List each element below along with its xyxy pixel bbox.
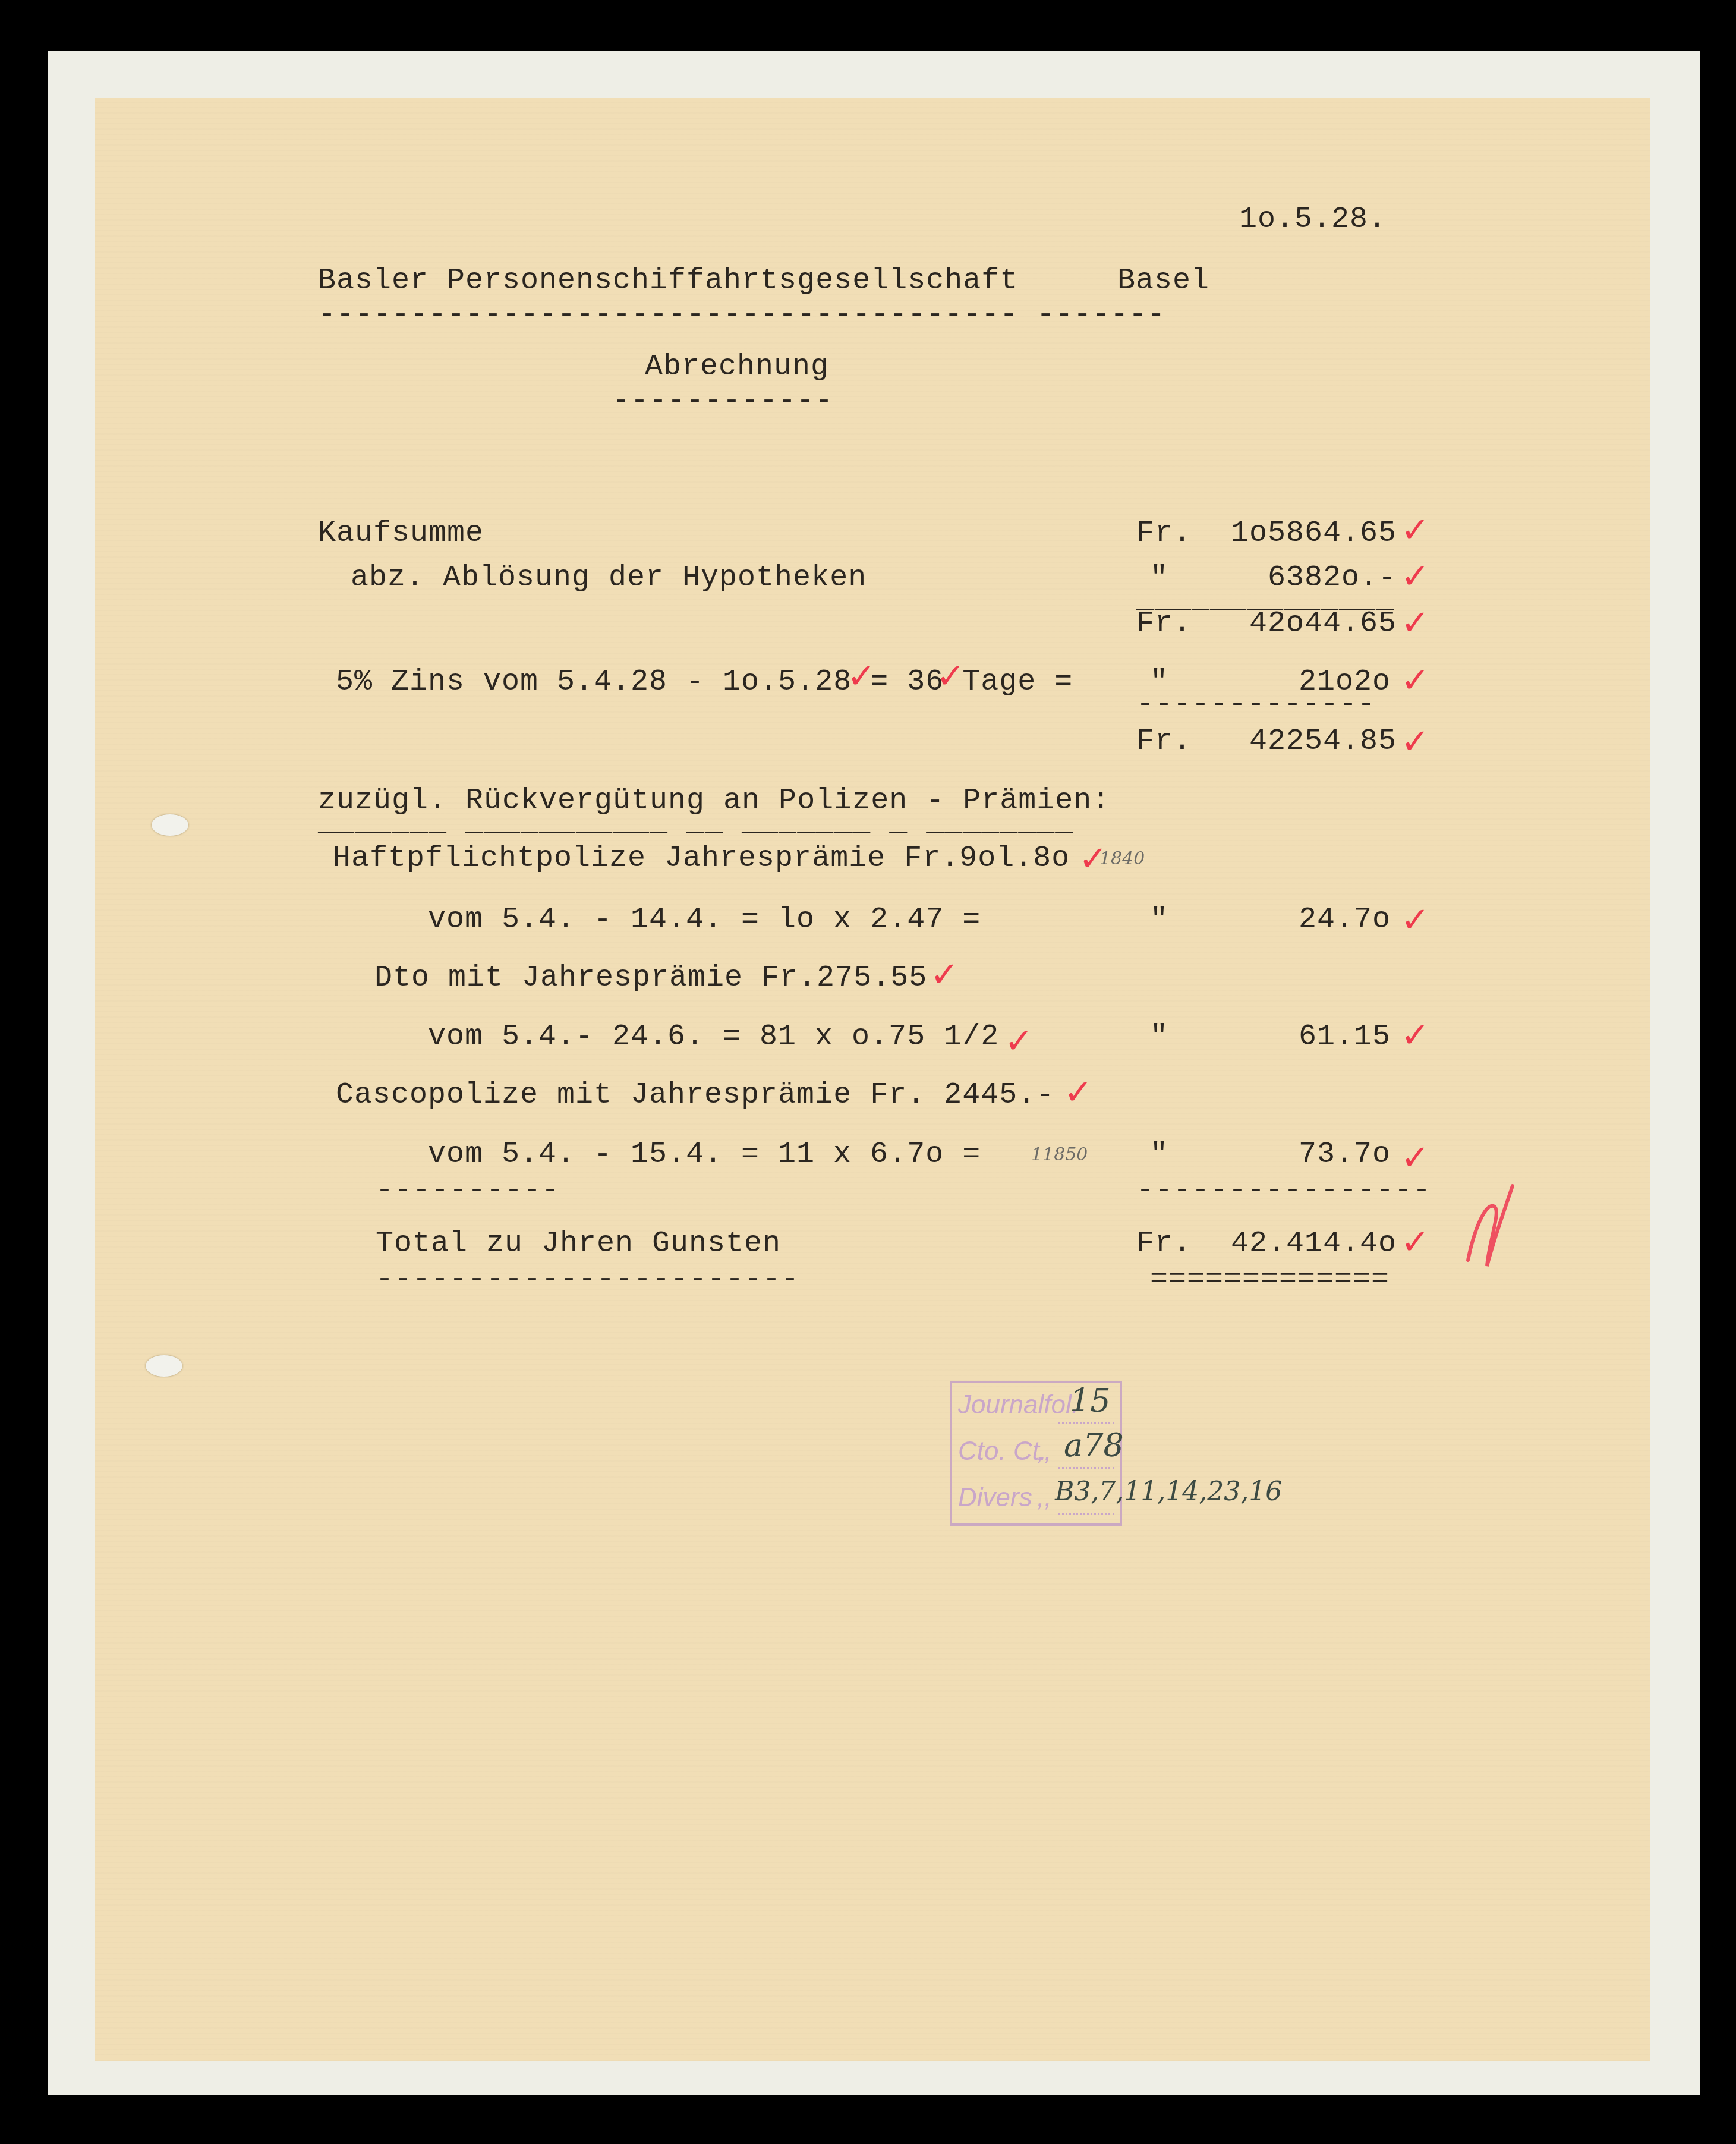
row-amount-after-interest: 42254.85 [1218,727,1397,757]
total-label: Total zu Jhren Gunsten [376,1229,781,1259]
row-currency: Fr. [1136,519,1192,549]
check-mark-icon: ✓ [1401,663,1430,697]
policy-calc-dto: vom 5.4.- 24.6. = 81 x o.75 1/2 [428,1022,999,1052]
addressee-city: Basel [1117,266,1209,296]
policy-amount-dto: 61.15 [1218,1022,1391,1052]
policy-title-casco: Cascopolize mit Jahresprämie Fr. 2445.- [336,1081,1054,1110]
row-label-kaufsumme: Kaufsumme [318,519,484,549]
pencil-note: 1840 [1099,850,1145,868]
total-amount: 42.414.4o [1212,1229,1397,1259]
pencil-note: 11850 [1031,1146,1088,1164]
punch-hole-top [152,814,188,836]
row-ditto: " [1150,905,1168,935]
stamp-ditto: ,, [1037,1485,1051,1511]
row-amount-kaufsumme: 1o5864.65 [1218,519,1397,549]
title-underline: ------------ [612,386,833,416]
check-mark-icon: ✓ [1401,512,1430,547]
stamp-dotline [1058,1422,1114,1424]
check-mark-icon: ✓ [1401,902,1430,937]
total-double-underline: ============= [1150,1265,1390,1295]
row-ditto: " [1150,1140,1168,1170]
interest-underline: ------------- [1136,690,1376,719]
policy-title-dto: Dto mit Jahresprämie Fr.275.55 [374,964,927,993]
stamp-value-cto: a78 [1064,1430,1124,1462]
policy-amount-casco: 73.7o [1218,1140,1391,1170]
stamp-value-journalfol: 15 [1070,1385,1111,1417]
check-mark-icon: ✓ [1401,1224,1430,1259]
stamp-label-journalfol: Journalfol. [958,1392,1079,1418]
check-mark-icon: ✓ [930,957,959,991]
check-mark-icon: ✓ [1004,1024,1034,1058]
check-mark-icon: ✓ [847,659,876,693]
stamp-dotline [1058,1513,1114,1515]
row-amount-subtotal: 42o44.65 [1218,609,1397,639]
check-mark-icon: ✓ [1401,605,1430,640]
policy-amount-haftpflicht: 24.7o [1218,905,1391,935]
sum-separator: ---------------- [1136,1176,1431,1205]
punch-hole-bottom [146,1355,182,1377]
total-currency: Fr. [1136,1229,1192,1259]
policy-title-haftpflicht: Haftpflichtpolize Jahresprämie Fr.9ol.8o [333,844,1070,874]
stamp-ditto: ,, [1037,1438,1051,1465]
check-mark-icon: ✓ [1401,559,1430,593]
row-label-hypotheken: abz. Ablösung der Hypotheken [351,563,867,593]
document-date: 1o.5.28. [1239,205,1387,235]
addressee-name: Basler Personenschiffahrtsgesellschaft [318,266,1018,296]
header-underline: -------------------------------------- -… [318,300,1165,330]
policy-calc-haftpflicht: vom 5.4. - 14.4. = lo x 2.47 = [428,905,981,935]
section-heading-underline: _______ ___________ __ _______ _ _______… [318,808,1073,838]
stamp-value-divers: B3,7,11,14,23,16 [1055,1479,1282,1505]
row-currency: Fr. [1136,727,1192,757]
check-mark-icon: ✓ [936,659,965,693]
red-initial-icon [1462,1177,1516,1272]
stamp-label-cto: Cto. Ct. [958,1438,1047,1465]
check-mark-icon: ✓ [1401,1018,1430,1052]
total-label-underline: ----------------------- [376,1265,799,1295]
stamp-label-divers: Divers [958,1485,1032,1511]
check-mark-icon: ✓ [1064,1075,1093,1109]
policy-calc-casco: vom 5.4. - 15.4. = 11 x 6.7o = [428,1140,981,1170]
left-separator: ---------- [376,1176,560,1205]
row-currency: Fr. [1136,609,1192,639]
stamp-dotline [1058,1467,1114,1469]
check-mark-icon: ✓ [1401,724,1430,758]
row-ditto: " [1150,1022,1168,1052]
document-title: Abrechnung [645,352,829,382]
check-mark-icon: ✓ [1401,1140,1430,1175]
